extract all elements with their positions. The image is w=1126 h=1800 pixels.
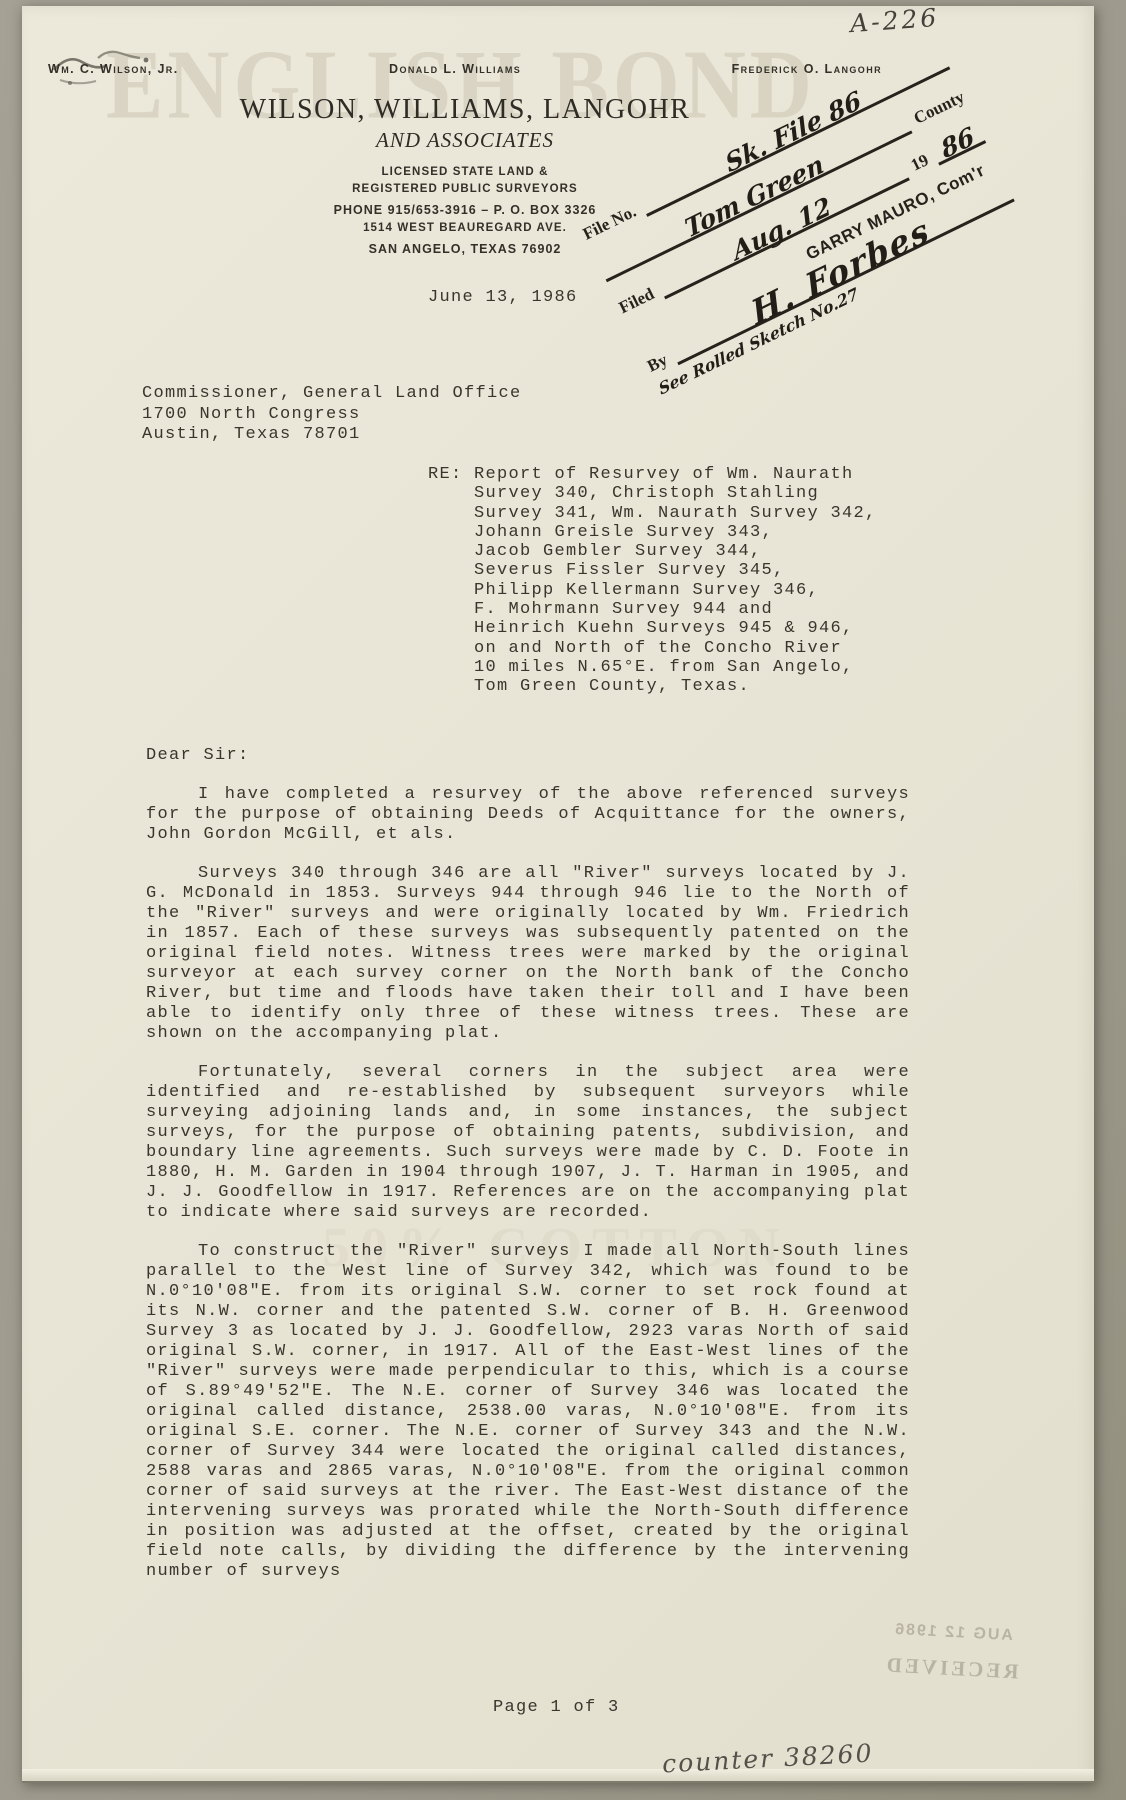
recipient-address: Commissioner, General Land Office 1700 N…	[142, 384, 522, 446]
year-value: 86	[938, 123, 977, 162]
re-line: Philipp Kellermann Survey 346,	[474, 581, 877, 600]
salutation: Dear Sir:	[146, 746, 910, 766]
re-block: RE: Report of Resurvey of Wm. Naurath Su…	[428, 465, 877, 697]
filed-label: Filed	[616, 284, 658, 319]
counter-annotation: counter 38260	[661, 1738, 874, 1778]
re-lines: Report of Resurvey of Wm. Naurath Survey…	[474, 465, 877, 697]
page-number: Page 1 of 3	[493, 1698, 620, 1718]
archive-code-annotation: A-226	[849, 3, 940, 38]
letter-page: ENGLISH BOND 50% COTTON A-226 Wm. C. Wil…	[22, 6, 1094, 1782]
partner-name-langohr: Frederick O. Langohr	[732, 62, 882, 76]
year-prefix: 19	[908, 150, 932, 176]
re-line: Tom Green County, Texas.	[474, 677, 877, 696]
re-line: Johann Greisle Survey 343,	[474, 523, 877, 542]
letter-body: Dear Sir: I have completed a resurvey of…	[146, 746, 910, 1601]
partner-name-wilson: Wm. C. Wilson, Jr.	[48, 62, 179, 76]
by-label: By	[644, 350, 671, 378]
re-line: 10 miles N.65°E. from San Angelo,	[474, 658, 877, 677]
year-line: 86	[927, 118, 986, 166]
re-line: Heinrich Kuehn Surveys 945 & 946,	[474, 619, 877, 638]
re-line: Jacob Gembler Survey 344,	[474, 542, 877, 561]
re-label: RE:	[428, 465, 463, 484]
paragraph-3: Fortunately, several corners in the subj…	[146, 1063, 910, 1223]
partner-name-williams: Donald L. Williams	[389, 62, 521, 76]
re-line: Survey 341, Wm. Naurath Survey 342,	[474, 504, 877, 523]
re-line: on and North of the Concho River	[474, 639, 877, 658]
re-line: F. Mohrmann Survey 944 and	[474, 600, 877, 619]
bleedthrough-received: RECEIVED	[853, 1651, 1050, 1686]
bleedthrough-date: AUG 12 1986	[855, 1619, 1052, 1647]
paragraph-2: Surveys 340 through 346 are all "River" …	[146, 864, 910, 1044]
recipient-line: Austin, Texas 78701	[142, 425, 522, 446]
letter-date: June 13, 1986	[428, 288, 578, 308]
paragraph-4: To construct the "River" surveys I made …	[146, 1242, 910, 1582]
re-line: Survey 340, Christoph Stahling	[474, 484, 877, 503]
re-line: Report of Resurvey of Wm. Naurath	[474, 465, 877, 484]
received-stamp-bleedthrough: AUG 12 1986 RECEIVED	[853, 1619, 1052, 1686]
re-line: Severus Fissler Survey 345,	[474, 561, 877, 580]
recipient-line: Commissioner, General Land Office	[142, 384, 522, 405]
paragraph-1: I have completed a resurvey of the above…	[146, 785, 910, 845]
firm-name: WILSON, WILLIAMS, LANGOHR	[22, 94, 908, 126]
recipient-line: 1700 North Congress	[142, 405, 522, 426]
